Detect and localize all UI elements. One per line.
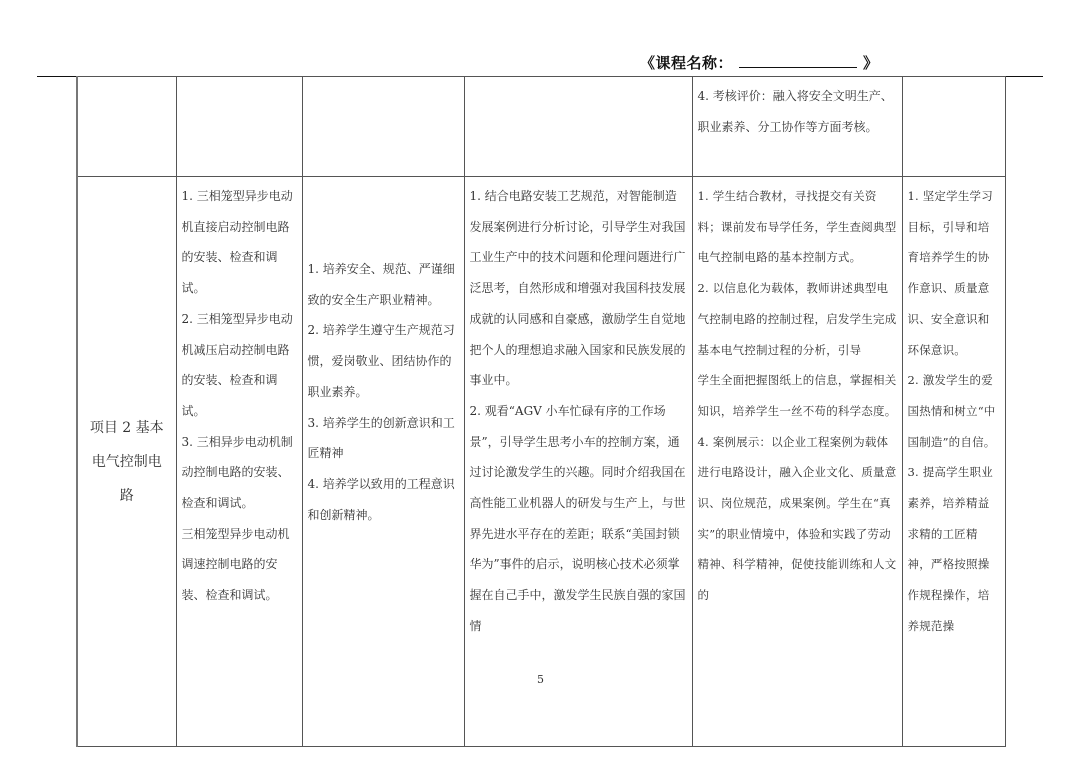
table-cell [77, 77, 176, 177]
task-item: 1. 三相笼型异步电动机直接启动控制电路的安装、检查和调试。 [182, 181, 297, 304]
table-row: 项目 2 基本电气控制电路 1. 三相笼型异步电动机直接启动控制电路的安装、检查… [77, 177, 1005, 747]
goal-item: 2. 培养学生遵守生产规范习惯，爱岗敬业、团结协作的职业素养。 [308, 315, 459, 407]
table-cell [302, 77, 464, 177]
table-cell [902, 77, 1005, 177]
table-row: 4. 考核评价：融入将安全文明生产、职业素养、分工协作等方面考核。 [77, 77, 1005, 177]
task-item: 3. 三相异步电动机制动控制电路的安装、检查和调试。 [182, 427, 297, 519]
outcomes-cell: 1. 坚定学生学习目标，引导和培育培养学生的协作意识、质量意识、安全意识和环保意… [902, 177, 1005, 747]
assessment-cell: 4. 考核评价：融入将安全文明生产、职业素养、分工协作等方面考核。 [692, 77, 902, 177]
goals-cell: 1. 培养安全、规范、严谨细致的安全生产职业精神。 2. 培养学生遵守生产规范习… [302, 177, 464, 747]
course-name-label: 《课程名称： [640, 54, 733, 72]
outcome-item: 1. 坚定学生学习目标，引导和培育培养学生的协作意识、质量意识、安全意识和环保意… [908, 181, 1000, 365]
table-cell [464, 77, 692, 177]
outcome-item: 3. 提高学生职业素养，培养精益求精的工匠精神，严格按照操作规程操作，培养规范操 [908, 457, 1000, 641]
task-item: 三相笼型异步电动机调速控制电路的安装、检查和调试。 [182, 519, 297, 611]
ideology-item: 2. 观看“AGV 小车忙碌有序的工作场景”，引导学生思考小车的控制方案，通过讨… [470, 396, 687, 642]
project-title-cell: 项目 2 基本电气控制电路 [77, 177, 176, 747]
goal-item: 4. 培养学以致用的工程意识和创新精神。 [308, 469, 459, 530]
tasks-cell: 1. 三相笼型异步电动机直接启动控制电路的安装、检查和调试。 2. 三相笼型异步… [176, 177, 302, 747]
goal-item: 1. 培养安全、规范、严谨细致的安全生产职业精神。 [308, 254, 459, 315]
course-name-blank [739, 53, 857, 68]
table-cell [176, 77, 302, 177]
ideology-cell: 1. 结合电路安装工艺规范，对智能制造发展案例进行分析讨论，引导学生对我国工业生… [464, 177, 692, 747]
outcome-item: 2. 激发学生的爱国热情和树立“中国制造”的自信。 [908, 365, 1000, 457]
method-item: 学生全面把握图纸上的信息，掌握相关知识，培养学生一丝不苟的科学态度。4. 案例展… [698, 365, 897, 611]
page-number: 5 [537, 673, 544, 686]
course-name-header: 《课程名称：》 [640, 52, 879, 73]
methods-cell: 1. 学生结合教材，寻找提交有关资料；课前发布导学任务，学生查阅典型电气控制电路… [692, 177, 902, 747]
course-name-suffix: 》 [863, 54, 879, 72]
ideology-item: 1. 结合电路安装工艺规范，对智能制造发展案例进行分析讨论，引导学生对我国工业生… [470, 181, 687, 396]
task-item: 2. 三相笼型异步电动机减压启动控制电路的安装、检查和调试。 [182, 304, 297, 427]
course-table: 4. 考核评价：融入将安全文明生产、职业素养、分工协作等方面考核。 项目 2 基… [76, 76, 1006, 747]
goal-item: 3. 培养学生的创新意识和工匠精神 [308, 408, 459, 469]
method-item: 2. 以信息化为载体，教师讲述典型电气控制电路的控制过程，启发学生完成基本电气控… [698, 273, 897, 365]
method-item: 1. 学生结合教材，寻找提交有关资料；课前发布导学任务，学生查阅典型电气控制电路… [698, 181, 897, 273]
